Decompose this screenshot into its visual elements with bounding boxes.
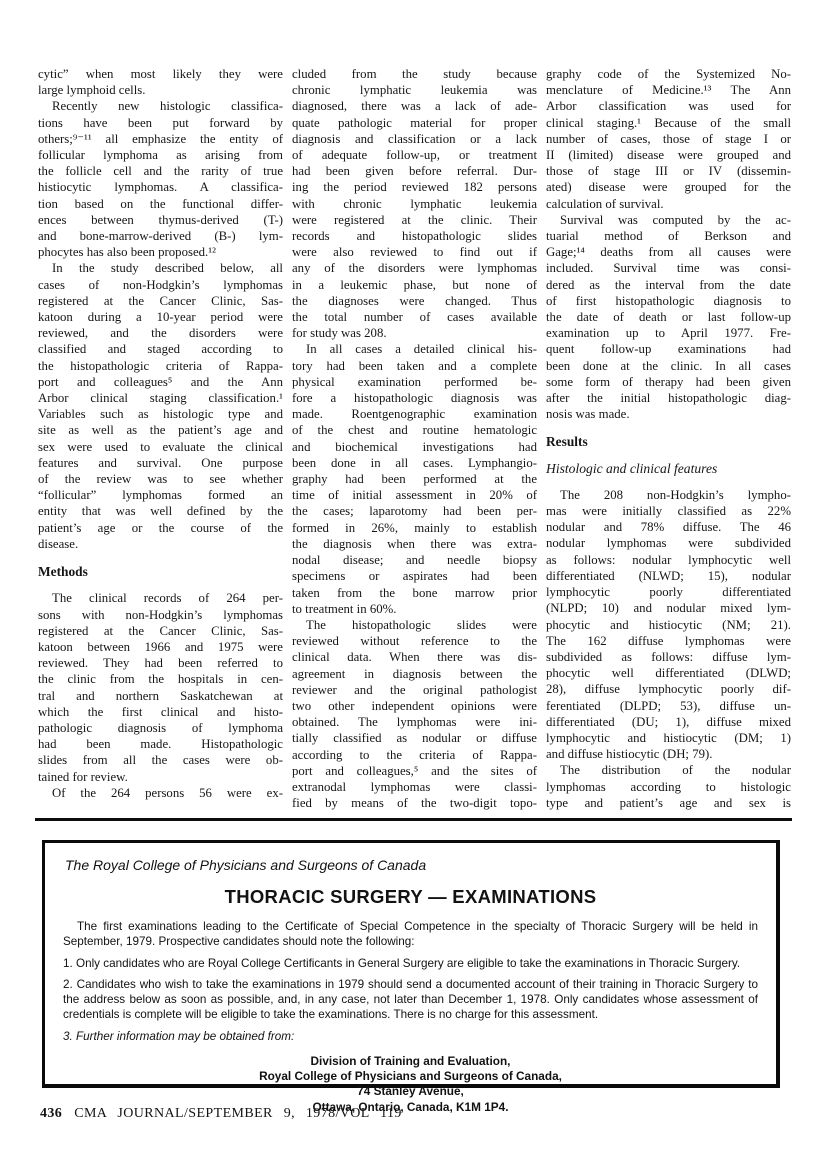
text-line: Arbor classification was used for (546, 98, 791, 114)
text-line: lymphocytic and histiocytic (DM; 1) (546, 730, 791, 746)
text-line: Recently new histologic classifica- (38, 98, 283, 114)
text-line: two other independent opinions were (292, 698, 537, 714)
section-heading: Methods (38, 564, 283, 580)
text-line: of the chest and routine hematologic (292, 422, 537, 438)
text-line: dered as the interval from the date (546, 277, 791, 293)
text-line: patient’s age or the course of the (38, 520, 283, 536)
text-line: graphy code of the Systemized No- (546, 66, 791, 82)
text-line: those of stage III or IV (dissemin- (546, 163, 791, 179)
text-line: lymphomas according to histologic (546, 779, 791, 795)
text-line: II (limited) disease were grouped and (546, 147, 791, 163)
text-line: port and colleagues,⁵ and the sites of (292, 763, 537, 779)
text-line: and biochemical investigations had (292, 439, 537, 455)
text-line: registered at the Cancer Clinic, Sas- (38, 623, 283, 639)
text-line: lymphocytic poorly differentiated (546, 584, 791, 600)
notice-address-line: Royal College of Physicians and Surgeons… (63, 1069, 758, 1084)
notice-items: 1. Only candidates who are Royal College… (63, 957, 758, 1045)
text-line: others;⁹⁻¹¹ all emphasize the entity of (38, 131, 283, 147)
notice-item: 1. Only candidates who are Royal College… (63, 957, 758, 972)
text-line: (NLPD; 10) and nodular mixed lym- (546, 600, 791, 616)
text-line: after the initial histopathologic diag- (546, 390, 791, 406)
text-line: ferentiated (DLPD; 53), diffuse un- (546, 698, 791, 714)
text-line: the date of death or last follow-up (546, 309, 791, 325)
article-text: cytic” when most likely they werelarge l… (38, 66, 791, 811)
text-line: follicular lymphoma as arising from (38, 147, 283, 163)
text-line: The 162 diffuse lymphomas were (546, 633, 791, 649)
text-line: been done at the clinic. In all cases (546, 358, 791, 374)
text-line: ated) disease were grouped for the (546, 179, 791, 195)
text-line: quate pathologic material for proper (292, 115, 537, 131)
text-line: were also reviewed to find out if (292, 244, 537, 260)
text-line: taken from the bone marrow prior (292, 585, 537, 601)
text-line: site as well as the patient’s age and (38, 422, 283, 438)
text-line: phocytes has also been proposed.¹² (38, 244, 283, 260)
text-line: time of initial assessment in 20% of (292, 487, 537, 503)
text-line: reviewer and the original pathologist (292, 682, 537, 698)
text-line: specimens or aspirates had been (292, 568, 537, 584)
text-line: histiocytic lymphomas. A classifica- (38, 179, 283, 195)
text-line: tion based on the functional differ- (38, 196, 283, 212)
text-line: subdivided as follows: diffuse lym- (546, 649, 791, 665)
text-line: “follicular” lymphomas formed an (38, 487, 283, 503)
text-line: 28), diffuse lymphocytic poorly dif- (546, 681, 791, 697)
text-line: type and patient’s age and sex is (546, 795, 791, 811)
text-line: quent follow-up examinations had (546, 341, 791, 357)
text-line: physical examination performed be- (292, 374, 537, 390)
text-line: reviewed, and the disorders were (38, 325, 283, 341)
text-line: katoon during a 10-year period were (38, 309, 283, 325)
text-line: extranodal lymphomas were classi- (292, 779, 537, 795)
notice-title: THORACIC SURGERY — EXAMINATIONS (63, 886, 758, 908)
text-line: diagnosis and classification or a lack (292, 131, 537, 147)
text-line: in a leukemic phase, but none of (292, 277, 537, 293)
text-line: any of the disorders were lymphomas (292, 260, 537, 276)
text-line: for study was 208. (292, 325, 537, 341)
text-line: pathologic diagnosis of lymphoma (38, 720, 283, 736)
notice-item: 3. Further information may be obtained f… (63, 1030, 758, 1045)
text-line: reviewed. They had been referred to (38, 655, 283, 671)
notice-item: 2. Candidates who wish to take the exami… (63, 978, 758, 1022)
text-line: registered at the Cancer Clinic, Sas- (38, 293, 283, 309)
text-line: tions have been put forward by (38, 115, 283, 131)
announcement-box: The Royal College of Physicians and Surg… (42, 840, 780, 1088)
text-line: nosis was made. (546, 406, 791, 422)
text-line: phocytic well differentiated (DLWD; (546, 665, 791, 681)
text-line: some form of therapy had been given (546, 374, 791, 390)
text-line: menclature of Medicine.¹³ The Ann (546, 82, 791, 98)
text-line: In all cases a detailed clinical his- (292, 341, 537, 357)
text-line: The clinical records of 264 per- (38, 590, 283, 606)
article-column-1: cytic” when most likely they werelarge l… (38, 66, 283, 811)
text-line: diagnosed, there was a lack of ade- (292, 98, 537, 114)
text-line: to treatment in 60%. (292, 601, 537, 617)
text-line: reviewed without reference to the (292, 633, 537, 649)
page-footer: 436CMA JOURNAL/SEPTEMBER 9, 1978/VOL 119 (40, 1106, 402, 1122)
text-line: Variables such as histologic type and (38, 406, 283, 422)
text-line: mas were initially classified as 22% (546, 503, 791, 519)
text-line: ing the period reviewed 182 persons (292, 179, 537, 195)
text-line: nodal disease; and needle biopsy (292, 552, 537, 568)
text-line: katoon between 1966 and 1975 were (38, 639, 283, 655)
text-line: clinical staging.¹ Because of the small (546, 115, 791, 131)
text-line: cases of non-Hodgkin’s lymphomas (38, 277, 283, 293)
text-line: fied by means of the two-digit topo- (292, 795, 537, 811)
text-line: the clinic from the hospitals in cen- (38, 671, 283, 687)
text-line: slides from all the cases were ob- (38, 752, 283, 768)
section-divider-rule (35, 818, 792, 821)
text-line: sons with non-Hodgkin’s lymphomas (38, 607, 283, 623)
text-line: The 208 non-Hodgkin’s lympho- (546, 487, 791, 503)
page-number: 436 (40, 1106, 62, 1121)
section-heading: Results (546, 434, 791, 450)
text-line: obtained. The lymphomas were ini- (292, 714, 537, 730)
text-line: chronic lymphatic leukemia was (292, 82, 537, 98)
text-line: which the first clinical and histo- (38, 704, 283, 720)
text-line: agreement in diagnosis between the (292, 666, 537, 682)
text-line: nodular lymphomas were subdivided (546, 535, 791, 551)
article-column-2: cluded from the study becausechronic lym… (292, 66, 537, 811)
text-line: the total number of cases available (292, 309, 537, 325)
text-line: tory had been taken and a complete (292, 358, 537, 374)
text-line: and bone-marrow-derived (B-) lym- (38, 228, 283, 244)
journal-page: cytic” when most likely they werelarge l… (0, 0, 816, 1156)
text-line: The histopathologic slides were (292, 617, 537, 633)
text-line: examination up to April 1977. Fre- (546, 325, 791, 341)
text-line: cytic” when most likely they were (38, 66, 283, 82)
text-line: Gage;¹⁴ deaths from all causes were (546, 244, 791, 260)
text-line: according to the criteria of Rappa- (292, 747, 537, 763)
journal-volume-line: CMA JOURNAL/SEPTEMBER 9, 1978/VOL 119 (74, 1106, 402, 1121)
text-line: entity that was well defined by the (38, 503, 283, 519)
text-line: ences between thymus-derived (T-) (38, 212, 283, 228)
text-line: port and colleagues⁵ and the Ann (38, 374, 283, 390)
notice-address-line: 74 Stanley Avenue, (63, 1084, 758, 1099)
text-line: Of the 264 persons 56 were ex- (38, 785, 283, 801)
text-line: of adequate follow-up, or treatment (292, 147, 537, 163)
text-line: clinical data. When there was dis- (292, 649, 537, 665)
text-line: number of cases, those of stage I or (546, 131, 791, 147)
text-line: differentiated (NLWD; 15), nodular (546, 568, 791, 584)
text-line: as follows: nodular lymphocytic well (546, 552, 791, 568)
text-line: Survival was computed by the ac- (546, 212, 791, 228)
text-line: the cases; laparotomy had been per- (292, 503, 537, 519)
text-line: cluded from the study because (292, 66, 537, 82)
text-line: tral and northern Saskatchewan at (38, 688, 283, 704)
text-line: tuarial method of Berkson and (546, 228, 791, 244)
text-line: Arbor clinical staging classification.¹ (38, 390, 283, 406)
notice-intro: The first examinations leading to the Ce… (63, 920, 758, 950)
text-line: sex were used to evaluate the clinical (38, 439, 283, 455)
text-line: phocytic and histiocytic (NM; 21). (546, 617, 791, 633)
text-line: disease. (38, 536, 283, 552)
text-line: the follicle cell and the rarity of true (38, 163, 283, 179)
text-line: had been given before referral. Dur- (292, 163, 537, 179)
text-line: the diagnoses were changed. Thus (292, 293, 537, 309)
text-line: graphy had been performed at the (292, 471, 537, 487)
text-line: features and survival. One purpose (38, 455, 283, 471)
text-line: the histopathologic criteria of Rappa- (38, 358, 283, 374)
text-line: been done in all cases. Lymphangio- (292, 455, 537, 471)
notice-organization: The Royal College of Physicians and Surg… (65, 857, 758, 873)
text-line: calculation of survival. (546, 196, 791, 212)
text-line: made. Roentgenographic examination (292, 406, 537, 422)
text-line: large lymphoid cells. (38, 82, 283, 98)
text-line: In the study described below, all (38, 260, 283, 276)
text-line: with chronic lymphatic leukemia (292, 196, 537, 212)
subsection-heading: Histologic and clinical features (546, 461, 791, 477)
text-line: were registered at the clinic. Their (292, 212, 537, 228)
text-line: classified and staged according to (38, 341, 283, 357)
text-line: the diagnosis when there was extra- (292, 536, 537, 552)
text-line: tially classified as nodular or diffuse (292, 730, 537, 746)
text-line: The distribution of the nodular (546, 762, 791, 778)
article-column-3: graphy code of the Systemized No-menclat… (546, 66, 791, 811)
notice-address-line: Division of Training and Evaluation, (63, 1054, 758, 1069)
text-line: differentiated (DU; 1), diffuse mixed (546, 714, 791, 730)
text-line: tained for review. (38, 769, 283, 785)
text-line: nodular and 78% diffuse. The 46 (546, 519, 791, 535)
text-line: of first histopathologic diagnosis to (546, 293, 791, 309)
text-line: had been made. Histopathologic (38, 736, 283, 752)
text-line: fore a histopathologic diagnosis was (292, 390, 537, 406)
text-line: records and histopathologic slides (292, 228, 537, 244)
text-line: formed in 26%, mainly to establish (292, 520, 537, 536)
text-line: and diffuse histiocytic (DH; 79). (546, 746, 791, 762)
text-line: of the review was to see whether (38, 471, 283, 487)
text-line: included. Survival time was consi- (546, 260, 791, 276)
